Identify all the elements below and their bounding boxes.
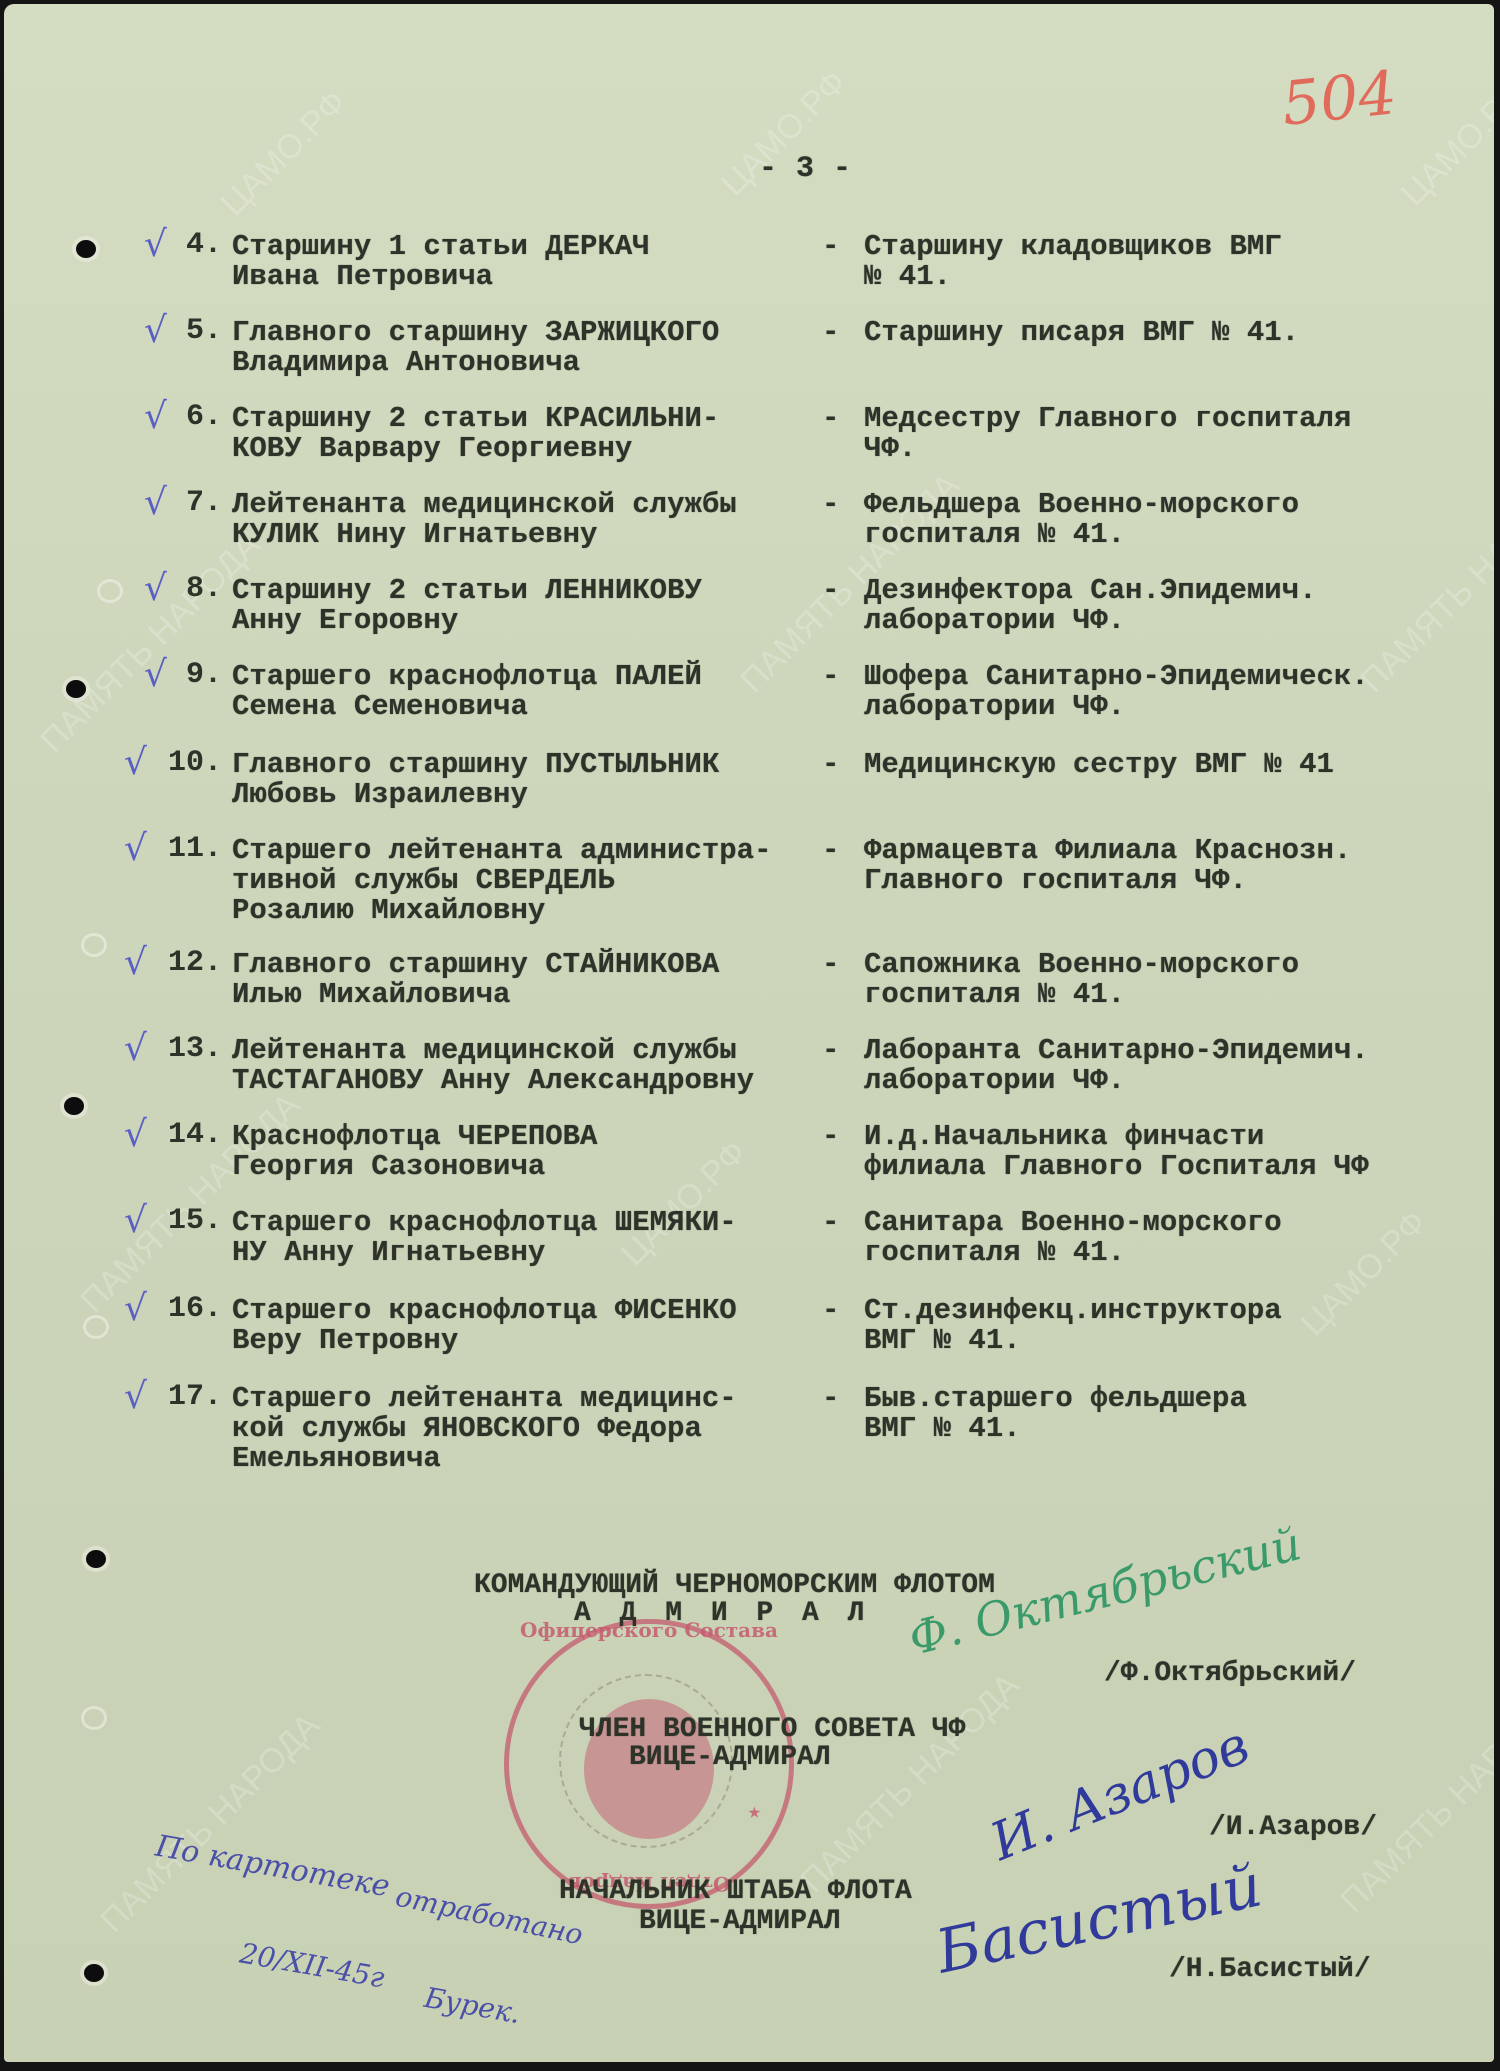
punch-hole	[86, 1550, 106, 1568]
entry-number: 16.	[132, 1294, 222, 1324]
dash-separator: -	[822, 574, 839, 604]
dash-separator: -	[822, 1034, 839, 1064]
position-line: Медицинскую сестру ВМГ № 41	[864, 748, 1334, 778]
position-line: лаборатории ЧФ.	[864, 690, 1369, 720]
person-rank-and-name: Старшину 2 статьи ЛЕННИКОВУАнну Егоровну	[232, 574, 702, 634]
entry-number: 4.	[132, 230, 222, 260]
entry-number: 14.	[132, 1120, 222, 1150]
punch-hole	[84, 936, 104, 954]
dash-separator: -	[822, 834, 839, 864]
person-rank-and-name: Краснофлотца ЧЕРЕПОВАГеоргия Сазоновича	[232, 1120, 597, 1180]
chief-of-staff-name: /Н.Басистый/	[1169, 1954, 1371, 1985]
person-line: Старшину 2 статьи ЛЕННИКОВУ	[232, 574, 702, 604]
person-line: КОВУ Варвару Георгиевну	[232, 432, 719, 462]
position-line: Шофера Санитарно-Эпидемическ.	[864, 660, 1369, 690]
position-description: -Медицинскую сестру ВМГ № 41	[864, 748, 1334, 778]
entry-number: 15.	[132, 1206, 222, 1236]
person-line: Старшего лейтенанта медицинс-	[232, 1382, 737, 1412]
entry-number: 9.	[132, 660, 222, 690]
watermark: ЦАМО.РФ	[214, 83, 355, 224]
position-description: -Ст.дезинфекц.инструктораВМГ № 41.	[864, 1294, 1282, 1354]
entry-number: 11.	[132, 834, 222, 864]
person-line: Емельяновича	[232, 1442, 737, 1472]
entry-number: 12.	[132, 948, 222, 978]
position-line: Фармацевта Филиала Краснозн.	[864, 834, 1351, 864]
punch-hole	[66, 680, 86, 698]
position-line: филиала Главного Госпиталя ЧФ	[864, 1150, 1369, 1180]
person-line: Главного старшину ЗАРЖИЦКОГО	[232, 316, 719, 346]
person-rank-and-name: Лейтенанта медицинской службыКУЛИК Нину …	[232, 488, 737, 548]
person-rank-and-name: Лейтенанта медицинской службыТАСТАГАНОВУ…	[232, 1034, 754, 1094]
position-line: И.д.Начальника финчасти	[864, 1120, 1369, 1150]
entry-number: 6.	[132, 402, 222, 432]
position-description: -Дезинфектора Сан.Эпидемич.лаборатории Ч…	[864, 574, 1316, 634]
person-line: ТАСТАГАНОВУ Анну Александровну	[232, 1064, 754, 1094]
entry-number: 13.	[132, 1034, 222, 1064]
commander-title: КОМАНДУЮЩИЙ ЧЕРНОМОРСКИМ ФЛОТОМ	[474, 1570, 995, 1601]
position-line: Санитара Военно-морского	[864, 1206, 1282, 1236]
position-description: -Сапожника Военно-морскогогоспиталя № 41…	[864, 948, 1299, 1008]
position-line: Фельдшера Военно-морского	[864, 488, 1299, 518]
person-line: Владимира Антоновича	[232, 346, 719, 376]
page-number: - 3 -	[759, 154, 852, 184]
person-line: Веру Петровну	[232, 1324, 737, 1354]
position-description: -И.д.Начальника финчастифилиала Главного…	[864, 1120, 1369, 1180]
dash-separator: -	[822, 1382, 839, 1412]
person-line: Старшего лейтенанта администра-	[232, 834, 772, 864]
dash-separator: -	[822, 230, 839, 260]
chief-of-staff-title: НАЧАЛЬНИК ШТАБА ФЛОТА	[559, 1876, 912, 1907]
position-line: ВМГ № 41.	[864, 1412, 1247, 1442]
position-description: -Быв.старшего фельдшераВМГ № 41.	[864, 1382, 1247, 1442]
entry-number: 5.	[132, 316, 222, 346]
person-line: кой службы ЯНОВСКОГО Федора	[232, 1412, 737, 1442]
position-line: Лаборанта Санитарно-Эпидемич.	[864, 1034, 1369, 1064]
council-member-title: ЧЛЕН ВОЕННОГО СОВЕТА ЧФ	[579, 1714, 965, 1745]
punch-hole	[100, 582, 120, 600]
person-rank-and-name: Старшего краснофлотца ФИСЕНКОВеру Петров…	[232, 1294, 737, 1354]
dash-separator: -	[822, 660, 839, 690]
entry-number: 17.	[132, 1382, 222, 1412]
punch-hole	[64, 1097, 84, 1115]
dash-separator: -	[822, 1120, 839, 1150]
watermark: ПАМЯТЬ НАРОДА	[93, 1706, 328, 1941]
position-description: -Лаборанта Санитарно-Эпидемич.лаборатори…	[864, 1034, 1369, 1094]
dash-separator: -	[822, 1206, 839, 1236]
position-description: -Санитара Военно-морскогогоспиталя № 41.	[864, 1206, 1282, 1266]
person-line: Илью Михайловича	[232, 978, 719, 1008]
note-date: 20/XII-45г	[237, 1937, 387, 1995]
person-line: Старшего краснофлотца ФИСЕНКО	[232, 1294, 737, 1324]
dash-separator: -	[822, 316, 839, 346]
council-member-name: /И.Азаров/	[1209, 1812, 1377, 1843]
person-rank-and-name: Старшину 2 статьи КРАСИЛЬНИ-КОВУ Варвару…	[232, 402, 719, 462]
position-line: ЧФ.	[864, 432, 1351, 462]
watermark: ПАМЯТЬ НАРОДА	[793, 1666, 1028, 1901]
person-line: тивной службы СВЕРДЕЛЬ	[232, 864, 772, 894]
dash-separator: -	[822, 488, 839, 518]
position-line: Дезинфектора Сан.Эпидемич.	[864, 574, 1316, 604]
person-line: Семена Семеновича	[232, 690, 702, 720]
position-line: госпиталя № 41.	[864, 518, 1299, 548]
document-page: ЦАМО.РФ ЦАМО.РФ ЦАМО.РФ ПАМЯТЬ НАРОДА ПА…	[4, 4, 1494, 2062]
position-line: Сапожника Военно-морского	[864, 948, 1299, 978]
person-line: Главного старшину ПУСТЫЛЬНИК	[232, 748, 719, 778]
position-line: госпиталя № 41.	[864, 1236, 1282, 1266]
person-rank-and-name: Главного старшину СТАЙНИКОВАИлью Михайло…	[232, 948, 719, 1008]
person-line: Старшину 1 статьи ДЕРКАЧ	[232, 230, 650, 260]
punch-hole	[86, 1318, 106, 1336]
dash-separator: -	[822, 748, 839, 778]
position-line: Быв.старшего фельдшера	[864, 1382, 1247, 1412]
person-line: Ивана Петровича	[232, 260, 650, 290]
person-rank-and-name: Старшего лейтенанта медицинс-кой службы …	[232, 1382, 737, 1472]
person-line: Анну Егоровну	[232, 604, 702, 634]
entry-number: 7.	[132, 488, 222, 518]
person-rank-and-name: Главного старшину ПУСТЫЛЬНИКЛюбовь Израи…	[232, 748, 719, 808]
watermark: ПАМЯТЬ НАРОДА	[33, 526, 268, 761]
punch-hole	[84, 1709, 104, 1727]
position-description: -Старшину кладовщиков ВМГ№ 41.	[864, 230, 1282, 290]
person-rank-and-name: Главного старшину ЗАРЖИЦКОГОВладимира Ан…	[232, 316, 719, 376]
commander-name: /Ф.Октябрьский/	[1104, 1658, 1356, 1689]
person-line: Любовь Израилевну	[232, 778, 719, 808]
person-line: Краснофлотца ЧЕРЕПОВА	[232, 1120, 597, 1150]
entry-number: 10.	[132, 748, 222, 778]
position-description: -Фельдшера Военно-морскогогоспиталя № 41…	[864, 488, 1299, 548]
note-line-1: По картотеке	[153, 1829, 393, 1905]
person-line: Старшину 2 статьи КРАСИЛЬНИ-	[232, 402, 719, 432]
person-line: Лейтенанта медицинской службы	[232, 1034, 754, 1064]
position-line: Старшину писаря ВМГ № 41.	[864, 316, 1299, 346]
person-line: Старшего краснофлотца ШЕМЯКИ-	[232, 1206, 737, 1236]
punch-hole	[84, 1964, 104, 1982]
person-line: Георгия Сазоновича	[232, 1150, 597, 1180]
position-line: Ст.дезинфекц.инструктора	[864, 1294, 1282, 1324]
position-description: -Фармацевта Филиала Краснозн.Главного го…	[864, 834, 1351, 894]
position-line: госпиталя № 41.	[864, 978, 1299, 1008]
person-line: Главного старшину СТАЙНИКОВА	[232, 948, 719, 978]
person-line: Старшего краснофлотца ПАЛЕЙ	[232, 660, 702, 690]
position-line: Главного госпиталя ЧФ.	[864, 864, 1351, 894]
position-line: Медсестру Главного госпиталя	[864, 402, 1351, 432]
council-member-rank: ВИЦЕ-АДМИРАЛ	[629, 1742, 831, 1773]
person-line: КУЛИК Нину Игнатьевну	[232, 518, 737, 548]
chief-of-staff-rank: ВИЦЕ-АДМИРАЛ	[639, 1906, 841, 1937]
dash-separator: -	[822, 1294, 839, 1324]
position-line: лаборатории ЧФ.	[864, 604, 1316, 634]
punch-hole	[76, 240, 96, 258]
watermark: ПАМЯТЬ НАРОДА	[1333, 1686, 1494, 1921]
dash-separator: -	[822, 948, 839, 978]
position-description: -Старшину писаря ВМГ № 41.	[864, 316, 1299, 346]
person-line: Розалию Михайловну	[232, 894, 772, 924]
person-line: НУ Анну Игнатьевну	[232, 1236, 737, 1266]
note-signature: Бурек.	[422, 1981, 523, 2030]
position-line: ВМГ № 41.	[864, 1324, 1282, 1354]
person-rank-and-name: Старшего краснофлотца ПАЛЕЙСемена Семено…	[232, 660, 702, 720]
council-member-signature: И. Азаров	[983, 1715, 1258, 1873]
person-rank-and-name: Старшего лейтенанта администра-тивной сл…	[232, 834, 772, 924]
archive-sheet-number: 504	[1279, 58, 1400, 140]
star-icon: ★	[748, 1799, 761, 1825]
position-description: -Медсестру Главного госпиталяЧФ.	[864, 402, 1351, 462]
person-rank-and-name: Старшего краснофлотца ШЕМЯКИ-НУ Анну Игн…	[232, 1206, 737, 1266]
person-rank-and-name: Старшину 1 статьи ДЕРКАЧИвана Петровича	[232, 230, 650, 290]
commander-rank: А Д М И Р А Л	[574, 1598, 870, 1629]
position-line: № 41.	[864, 260, 1282, 290]
watermark: ЦАМО.РФ	[1394, 73, 1494, 214]
person-line: Лейтенанта медицинской службы	[232, 488, 737, 518]
watermark: ЦАМО.РФ	[1294, 1203, 1435, 1344]
position-line: Старшину кладовщиков ВМГ	[864, 230, 1282, 260]
watermark: ПАМЯТЬ НАРОДА	[1353, 466, 1494, 701]
dash-separator: -	[822, 402, 839, 432]
position-line: лаборатории ЧФ.	[864, 1064, 1369, 1094]
entry-number: 8.	[132, 574, 222, 604]
position-description: -Шофера Санитарно-Эпидемическ.лаборатори…	[864, 660, 1369, 720]
